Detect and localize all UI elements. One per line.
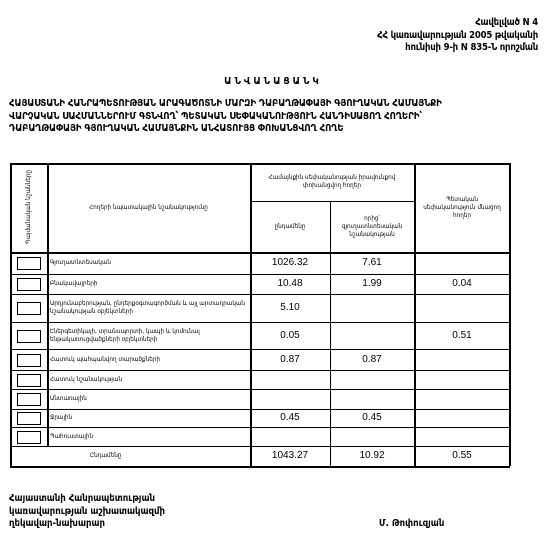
row-of-which bbox=[330, 294, 414, 322]
document-title: ԱՆՎԱՆԱՑԱՆԿ bbox=[0, 76, 546, 87]
row-remaining bbox=[414, 294, 510, 322]
row-of-which: 7.61 bbox=[330, 252, 414, 274]
legend-symbol-box bbox=[17, 354, 41, 367]
document-subtitle: ՀԱՅԱՍՏԱՆԻ ՀԱՆՐԱՊԵՏՈՒԹՅԱՆ ԱՐԱԳԱԾՈՏՆԻ ՄԱՐԶ… bbox=[9, 98, 539, 136]
row-remaining bbox=[414, 370, 510, 389]
subtitle-line: ՎԱՐՉԱԿԱՆ ՍԱՀՄԱՆՆԵՐՈՒՄ ԳՏՆՎՈՂ՝ ՊԵՏԱԿԱՆ ՍԵ… bbox=[9, 111, 539, 124]
header-transferred: Համայնքին սեփականության իրավունքով փոխան… bbox=[254, 163, 410, 201]
row-of-which: 1.99 bbox=[330, 274, 414, 294]
row-label: Արդյունաբերության, ընդերքօգտագործման և ա… bbox=[47, 294, 250, 322]
annex-number: Հավելված N 4 bbox=[328, 17, 538, 30]
row-remaining bbox=[414, 389, 510, 409]
row-remaining bbox=[414, 349, 510, 370]
row-label: Էներգետիկայի, տրանսպորտի, կապի և կոմունա… bbox=[47, 322, 250, 349]
row-remaining bbox=[414, 427, 510, 446]
row-remaining: 0.04 bbox=[414, 274, 510, 294]
row-total bbox=[250, 389, 330, 409]
table-rule bbox=[10, 466, 510, 468]
legend-symbol-box bbox=[17, 278, 41, 291]
row-label: Բնակավայրերի bbox=[47, 274, 250, 294]
annex-header: Հավելված N 4 ՀՀ կառավարության 2005 թվակա… bbox=[328, 17, 538, 55]
header-total: ընդամենը bbox=[254, 201, 326, 252]
land-table: Պայմանական նշաններըՀողերի նպատակային նշա… bbox=[10, 163, 510, 466]
position-line: Հայաստանի Հանրապետության bbox=[9, 493, 165, 506]
row-of-which bbox=[330, 389, 414, 409]
row-total bbox=[250, 370, 330, 389]
header-remaining: Պետական սեփականություն մնացող հողեր bbox=[420, 163, 504, 252]
row-of-which: 0.87 bbox=[330, 349, 414, 370]
row-total: 5.10 bbox=[250, 294, 330, 322]
row-of-which: 0.45 bbox=[330, 409, 414, 427]
legend-symbol-box bbox=[17, 431, 41, 444]
sum-row-total: 1043.27 bbox=[250, 446, 330, 466]
annex-decree-line: ՀՀ կառավարության 2005 թվականի bbox=[328, 30, 538, 43]
legend-symbol-box bbox=[17, 412, 41, 425]
row-total bbox=[250, 427, 330, 446]
row-of-which bbox=[330, 427, 414, 446]
sum-row-of-which: 10.92 bbox=[330, 446, 414, 466]
signatory-position: Հայաստանի Հանրապետության կառավարության ա… bbox=[9, 493, 165, 531]
subtitle-line: ՀԱՅԱՍՏԱՆԻ ՀԱՆՐԱՊԵՏՈՒԹՅԱՆ ԱՐԱԳԱԾՈՏՆԻ ՄԱՐԶ… bbox=[9, 98, 539, 111]
row-of-which bbox=[330, 322, 414, 349]
row-of-which bbox=[330, 370, 414, 389]
row-label: Հատուկ պահպանվող տարածքների bbox=[47, 349, 250, 370]
sum-row-label: Ընդամենը bbox=[10, 446, 250, 466]
row-total: 1026.32 bbox=[250, 252, 330, 274]
position-line: ղեկավար-նախարար bbox=[9, 518, 165, 531]
header-of-which: որից՝ գյուղատնտեսական նշանակության bbox=[334, 201, 410, 252]
legend-symbol-box bbox=[17, 374, 41, 387]
legend-symbol-box bbox=[17, 393, 41, 406]
row-total: 0.05 bbox=[250, 322, 330, 349]
header-purpose: Հողերի նպատակային նշանակությունը bbox=[51, 163, 246, 252]
row-label: Ջրային bbox=[47, 409, 250, 427]
header-code-label: Պայմանական նշանները bbox=[25, 170, 33, 244]
legend-symbol-box bbox=[17, 302, 41, 315]
row-label: Հատուկ նշանակության bbox=[47, 370, 250, 389]
row-remaining: 0.51 bbox=[414, 322, 510, 349]
sum-row-remaining: 0.55 bbox=[414, 446, 510, 466]
header-code: Պայմանական նշանները bbox=[10, 163, 47, 252]
annex-decree-date: հունիսի 9-ի N 835-Ն որոշման bbox=[328, 42, 538, 55]
row-total: 0.87 bbox=[250, 349, 330, 370]
subtitle-line: ԴԱԲԱՂԹԱՓԱՅԻ ԳՅՈՒՂԱԿԱՆ ՀԱՄԱՅՆՔԻՆ ԱՆՀԱՏՈՒՅ… bbox=[9, 123, 539, 136]
row-label: Անտառային bbox=[47, 389, 250, 409]
row-remaining bbox=[414, 409, 510, 427]
legend-symbol-box bbox=[17, 330, 41, 343]
row-total: 10.48 bbox=[250, 274, 330, 294]
position-line: կառավարության աշխատակազմի bbox=[9, 506, 165, 519]
legend-symbol-box bbox=[17, 257, 41, 270]
row-total: 0.45 bbox=[250, 409, 330, 427]
row-remaining bbox=[414, 252, 510, 274]
row-label: Գյուղատնտեսական bbox=[47, 252, 250, 274]
row-label: Պահուստային bbox=[47, 427, 250, 446]
signatory-name: Մ. Թոփուզյան bbox=[379, 518, 444, 529]
